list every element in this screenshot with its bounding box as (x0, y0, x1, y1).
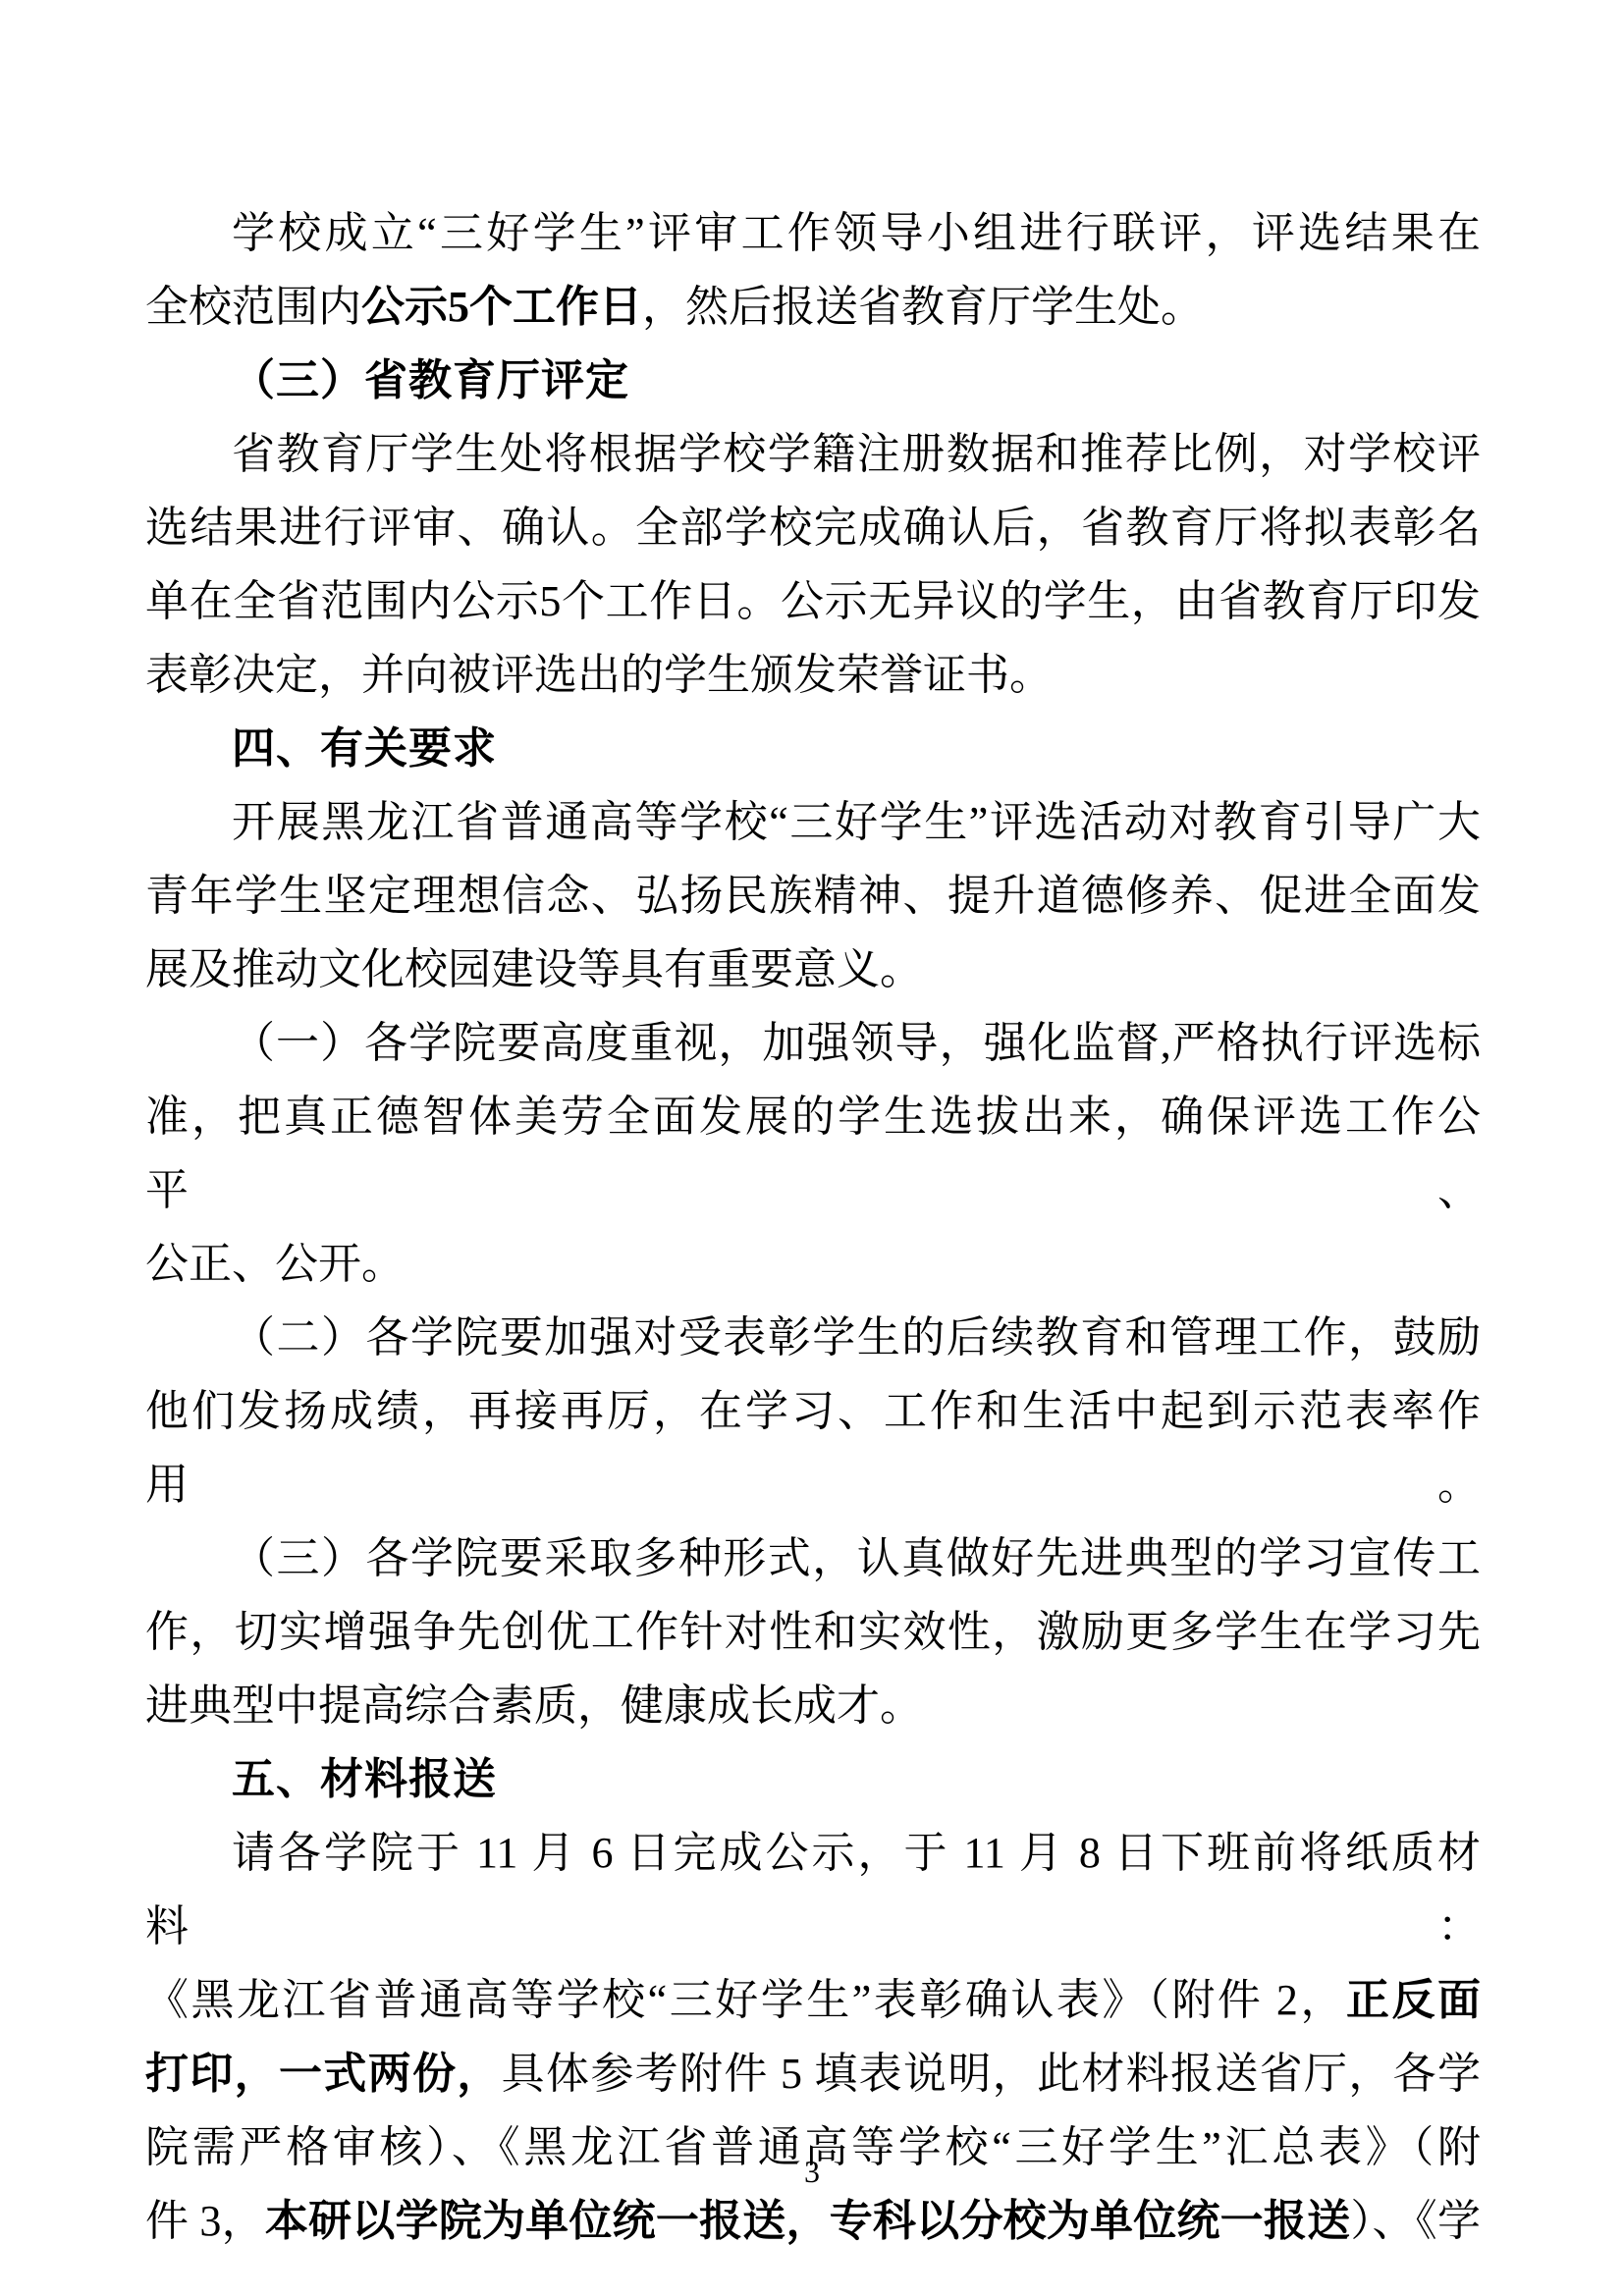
text-segment: 请各学院于 11 月 6 日完成公示，于 11 月 8 日下班前将纸质材料： (145, 1829, 1481, 1950)
text-line: 青年学生坚定理想信念、弘扬民族精神、提升道德修养、促进全面发 (145, 859, 1481, 933)
document-lines: 学校成立“三好学生”评审工作领导小组进行联评，评选结果在全校范围内公示5个工作日… (145, 196, 1481, 2258)
text-segment: 打印，一式两份， (145, 2050, 502, 2098)
text-segment: 青年学生坚定理想信念、弘扬民族精神、提升道德修养、促进全面发 (145, 872, 1481, 920)
text-line: 他们发扬成绩，再接再厉，在学习、工作和生活中起到示范表率作用。 (145, 1374, 1481, 1522)
page-number: 3 (804, 2154, 820, 2189)
text-line: 开展黑龙江省普通高等学校“三好学生”评选活动对教育引导广大 (145, 785, 1481, 859)
text-line: 准，把真正德智体美劳全面发展的学生选拔出来，确保评选工作公平、 (145, 1080, 1481, 1227)
text-line: 学校成立“三好学生”评审工作领导小组进行联评，评选结果在 (145, 196, 1481, 270)
text-segment: 单在全省范围内公示5个工作日。公示无异议的学生，由省教育厅印发 (145, 577, 1481, 625)
text-segment: 本研以学院为单位统一报送，专科以分校为单位统一报送 (265, 2197, 1350, 2245)
text-segment: （二）各学院要加强对受表彰学生的后续教育和管理工作，鼓励 (232, 1313, 1481, 1362)
text-line: 展及推动文化校园建设等具有重要意义。 (145, 933, 1481, 1006)
text-segment: 准，把真正德智体美劳全面发展的学生选拔出来，确保评选工作公平、 (145, 1093, 1481, 1214)
text-line: 选结果进行评审、确认。全部学校完成确认后，省教育厅将拟表彰名 (145, 491, 1481, 564)
text-segment: 公正、公开。 (145, 1240, 405, 1288)
text-segment: 件 3， (145, 2197, 265, 2245)
text-line: 打印，一式两份，具体参考附件 5 填表说明，此材料报送省厅，各学 (145, 2037, 1481, 2110)
text-line: 四、有关要求 (145, 712, 1481, 785)
text-segment: 学校成立“三好学生”评审工作领导小组进行联评，评选结果在 (232, 209, 1481, 257)
text-segment: 具体参考附件 5 填表说明，此材料报送省厅，各学 (502, 2050, 1481, 2098)
text-segment: （一）各学院要高度重视，加强领导，强化监督,严格执行评选标 (232, 1019, 1481, 1067)
text-line: 五、材料报送 (145, 1742, 1481, 1816)
page-footer: 3 (0, 2152, 1624, 2191)
text-line: 进典型中提高综合素质，健康成长成才。 (145, 1669, 1481, 1742)
text-line: 请各学院于 11 月 6 日完成公示，于 11 月 8 日下班前将纸质材料： (145, 1816, 1481, 1963)
text-segment: 展及推动文化校园建设等具有重要意义。 (145, 945, 923, 993)
text-segment: 进典型中提高综合素质，健康成长成才。 (145, 1682, 923, 1730)
text-line: 公正、公开。 (145, 1227, 1481, 1301)
text-segment: 《黑龙江省普通高等学校“三好学生”表彰确认表》（附件 2， (145, 1976, 1346, 2024)
text-line: 作，切实增强争先创优工作针对性和实效性，激励更多学生在学习先 (145, 1595, 1481, 1669)
text-line: 省教育厅学生处将根据学校学籍注册数据和推荐比例，对学校评 (145, 417, 1481, 491)
text-line: （三）各学院要采取多种形式，认真做好先进典型的学习宣传工 (145, 1522, 1481, 1595)
text-segment: 公示5个工作日 (361, 283, 642, 331)
document-page: 学校成立“三好学生”评审工作领导小组进行联评，评选结果在全校范围内公示5个工作日… (0, 0, 1624, 2296)
text-segment: ，然后报送省教育厅学生处。 (642, 283, 1204, 331)
text-segment: （三）省教育厅评定 (232, 356, 629, 404)
text-line: （一）各学院要高度重视，加强领导，强化监督,严格执行评选标 (145, 1006, 1481, 1080)
text-segment: 作，切实增强争先创优工作针对性和实效性，激励更多学生在学习先 (145, 1608, 1481, 1656)
text-segment: 四、有关要求 (232, 724, 497, 773)
text-segment: 全校范围内 (145, 283, 361, 331)
text-line: 全校范围内公示5个工作日，然后报送省教育厅学生处。 (145, 270, 1481, 344)
text-line: （三）省教育厅评定 (145, 344, 1481, 417)
text-line: 《黑龙江省普通高等学校“三好学生”表彰确认表》（附件 2，正反面 (145, 1963, 1481, 2037)
text-line: 单在全省范围内公示5个工作日。公示无异议的学生，由省教育厅印发 (145, 564, 1481, 638)
text-segment: 选结果进行评审、确认。全部学校完成确认后，省教育厅将拟表彰名 (145, 504, 1481, 552)
text-segment: 表彰决定，并向被评选出的学生颁发荣誉证书。 (145, 651, 1053, 699)
text-segment: （三）各学院要采取多种形式，认真做好先进典型的学习宣传工 (232, 1534, 1481, 1582)
text-line: （二）各学院要加强对受表彰学生的后续教育和管理工作，鼓励 (145, 1301, 1481, 1374)
text-line: 表彰决定，并向被评选出的学生颁发荣誉证书。 (145, 638, 1481, 712)
text-segment: 他们发扬成绩，再接再厉，在学习、工作和生活中起到示范表率作用。 (145, 1387, 1481, 1509)
text-line: 件 3，本研以学院为单位统一报送，专科以分校为单位统一报送）、《学 (145, 2184, 1481, 2258)
text-segment: 正反面 (1346, 1976, 1481, 2024)
text-segment: 开展黑龙江省普通高等学校“三好学生”评选活动对教育引导广大 (232, 798, 1481, 846)
text-segment: 五、材料报送 (232, 1755, 497, 1803)
text-segment: 省教育厅学生处将根据学校学籍注册数据和推荐比例，对学校评 (232, 430, 1481, 478)
text-segment: ）、《学 (1350, 2197, 1481, 2245)
